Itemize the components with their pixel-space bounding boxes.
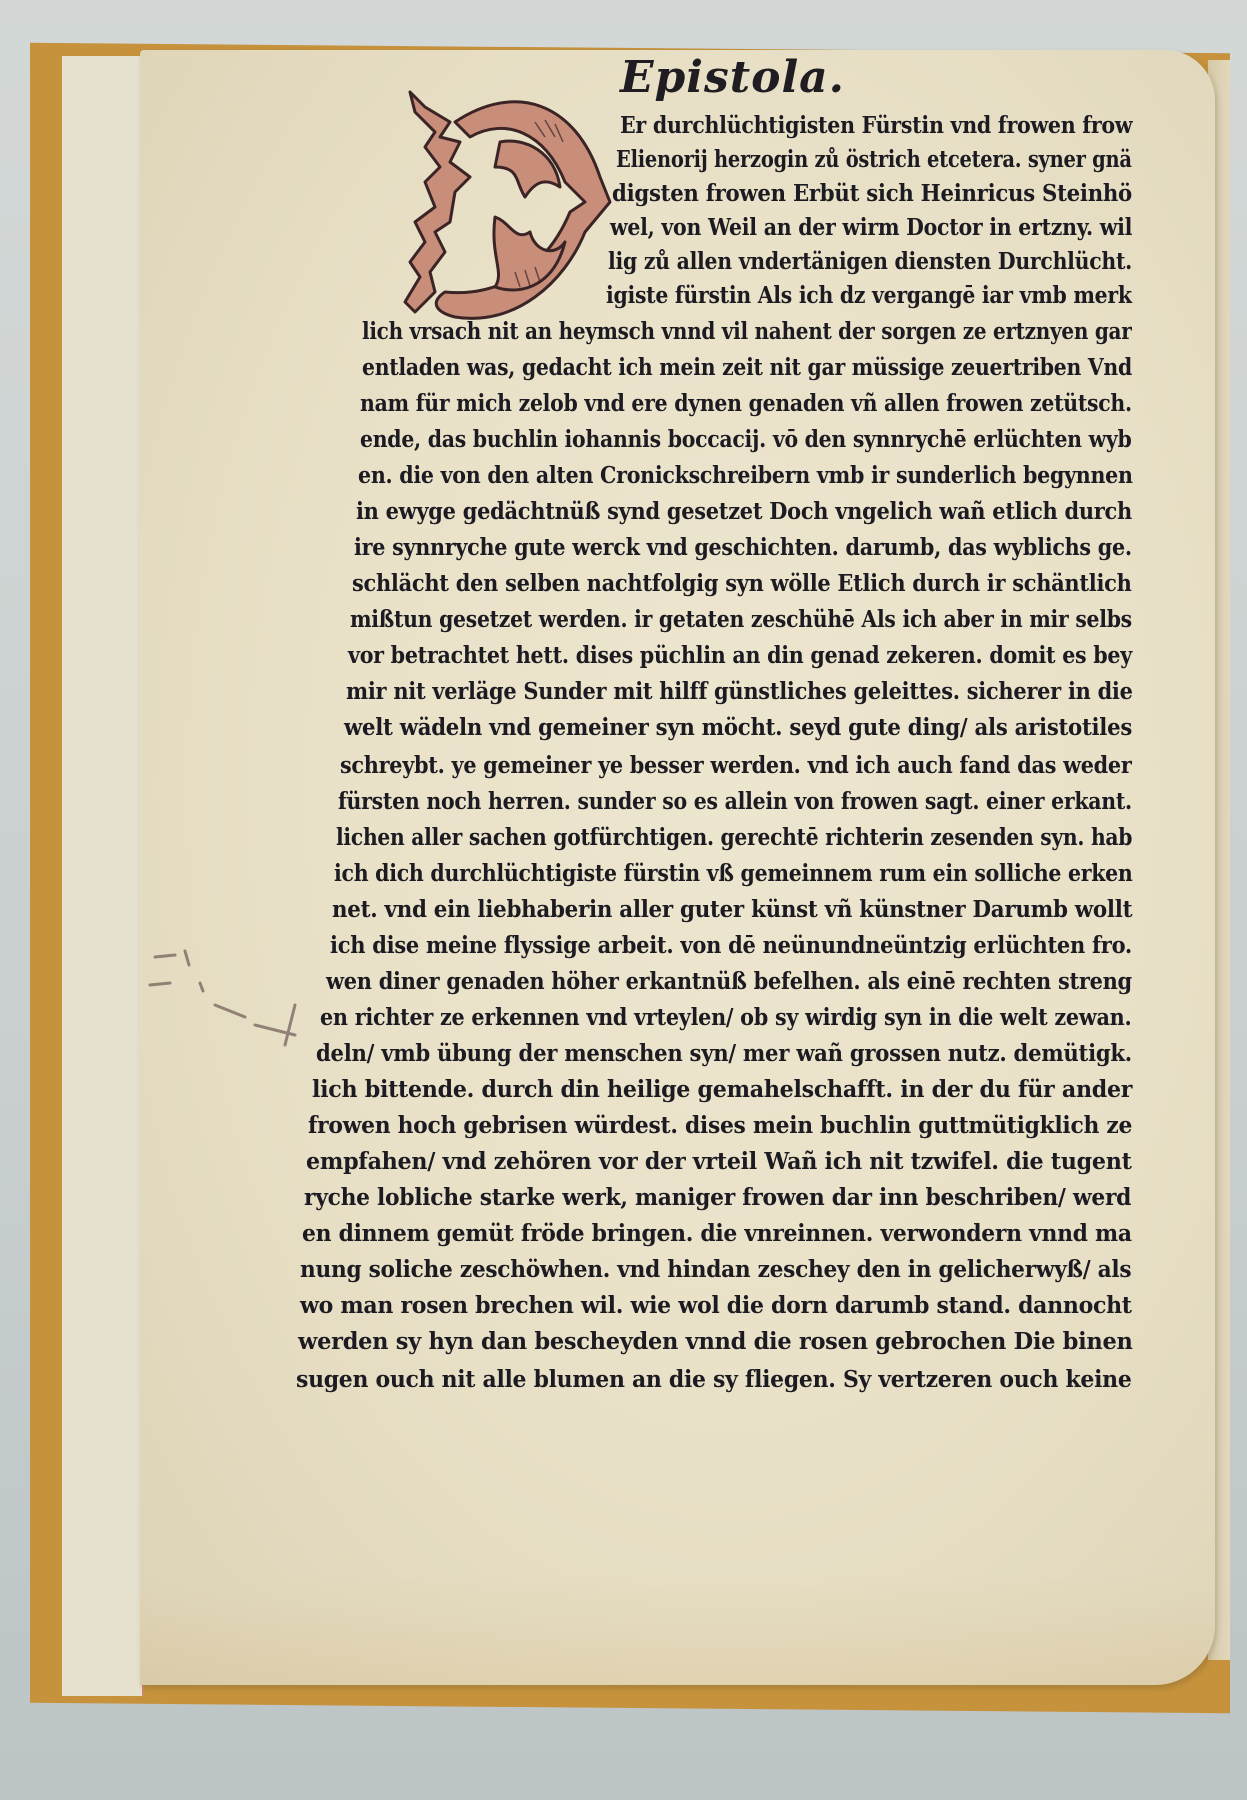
text-line: in ewyge gedächtnüß synd gesetzet Doch v… xyxy=(356,498,1132,525)
flyleaf-strip xyxy=(62,56,144,1696)
text-line: igiste fürstin Als ich dz vergangē iar v… xyxy=(606,282,1132,309)
text-line: net. vnd ein liebhaberin aller guter kün… xyxy=(332,896,1132,923)
page-curl-shadow xyxy=(140,1575,1215,1685)
text-line: vor betrachtet hett. dises püchlin an di… xyxy=(348,642,1132,669)
text-line: en. die von den alten Cronickschreibern … xyxy=(358,462,1133,489)
text-line: ire synnryche gute werck vnd geschichten… xyxy=(354,534,1132,561)
text-line: fürsten noch herren. sunder so es allein… xyxy=(338,788,1132,815)
marginal-ink-marks xyxy=(145,945,315,1055)
text-line: werden sy hyn dan bescheyden vnnd die ro… xyxy=(298,1328,1133,1355)
text-line: welt wädeln vnd gemeiner syn möcht. seyd… xyxy=(344,714,1132,741)
text-line: wel, von Weil an der wirm Doctor in ertz… xyxy=(610,214,1132,241)
text-line: wen diner genaden höher erkantnüß befelh… xyxy=(326,968,1132,995)
text-line: wo man rosen brechen wil. wie wol die do… xyxy=(300,1292,1132,1319)
text-line: ich dich durchlüchtigiste fürstin vß gem… xyxy=(334,860,1133,887)
text-line: lich vrsach nit an heymsch vnnd vil nahe… xyxy=(362,318,1131,345)
text-line: deln/ vmb übung der menschen syn/ mer wa… xyxy=(316,1040,1132,1067)
text-line: digsten frowen Erbüt sich Heinricus Stei… xyxy=(612,180,1132,207)
text-line: entladen was, gedacht ich mein zeit nit … xyxy=(362,354,1132,381)
text-line: mir nit verläge Sunder mit hilff günstli… xyxy=(346,678,1133,705)
text-line: sugen ouch nit alle blumen an die sy fli… xyxy=(296,1366,1132,1393)
text-line: Elienorij herzogin zů östrich etcetera. … xyxy=(616,146,1132,173)
text-line: mißtun gesetzet werden. ir getaten zesch… xyxy=(350,606,1132,633)
text-line: schreybt. ye gemeiner ye besser werden. … xyxy=(340,752,1132,779)
text-line: ryche lobliche starke werk, maniger frow… xyxy=(304,1184,1131,1211)
text-line: en richter ze erkennen vnd vrteylen/ ob … xyxy=(320,1004,1131,1031)
decorated-initial-d-icon xyxy=(395,82,625,337)
text-line: nung soliche zeschöwhen. vnd hindan zesc… xyxy=(300,1256,1131,1283)
text-line: Er durchlüchtigisten Fürstin vnd frowen … xyxy=(620,112,1132,139)
text-line: empfahen/ vnd zehören vor der vrteil Wañ… xyxy=(306,1148,1132,1175)
text-line: lig zů allen vndertänigen diensten Durch… xyxy=(608,248,1132,275)
text-line: lich bittende. durch din heilige gemahel… xyxy=(312,1076,1132,1103)
text-line: frowen hoch gebrisen würdest. dises mein… xyxy=(308,1112,1132,1139)
text-line: lichen aller sachen gotfürchtigen. gerec… xyxy=(336,824,1132,851)
text-line: ich dise meine flyssige arbeit. von dē n… xyxy=(330,932,1132,959)
text-line: ende, das buchlin iohannis boccacij. vō … xyxy=(360,426,1132,453)
text-line: schlächt den selben nachtfolgig syn wöll… xyxy=(352,570,1132,597)
text-line: en dinnem gemüt fröde bringen. die vnrei… xyxy=(302,1220,1132,1247)
text-line: nam für mich zelob vnd ere dynen genaden… xyxy=(360,390,1132,417)
page-heading: Epistola. xyxy=(620,52,845,103)
